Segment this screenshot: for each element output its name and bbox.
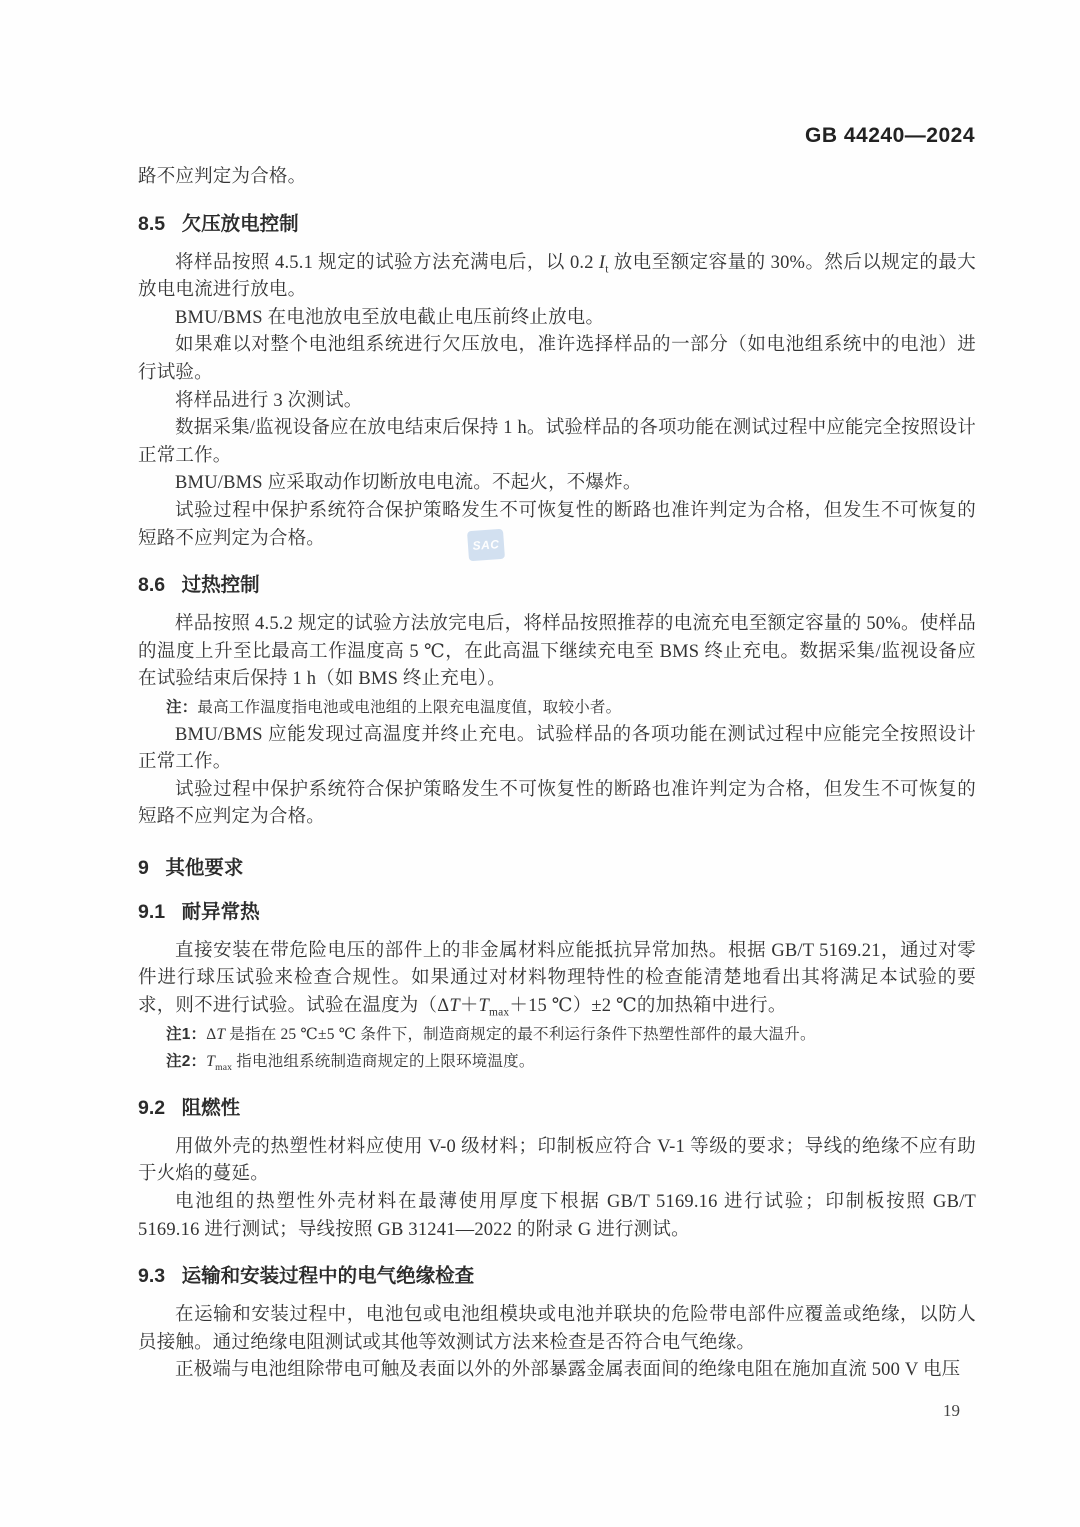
paragraph: 样品按照 4.5.2 规定的试验方法放完电后，将样品按照推荐的电流充电至额定容量… — [138, 611, 976, 694]
note-label: 注1： — [166, 1026, 206, 1043]
section-title: 运输和安装过程中的电气绝缘检查 — [182, 1265, 475, 1287]
section-number: 9.1 — [138, 901, 165, 923]
variable-Tmax: T — [206, 1053, 215, 1070]
paragraph: BMU/BMS 应能发现过高温度并终止充电。试验样品的各项功能在测试过程中应能完… — [138, 722, 976, 777]
subscript: max — [489, 1007, 509, 1019]
paragraph: 直接安装在带危险电压的部件上的非金属材料应能抵抗异常加热。根据 GB/T 516… — [138, 938, 976, 1021]
paragraph: 如果难以对整个电池组系统进行欠压放电，准许选择样品的一部分（如电池组系统中的电池… — [138, 332, 976, 387]
paragraph: 试验过程中保护系统符合保护策略发生不可恢复性的断路也准许判定为合格，但发生不可恢… — [138, 777, 976, 832]
document-page: GB 44240—2024 SAC 路不应判定为合格。 8.5欠压放电控制 将样… — [0, 0, 1080, 1527]
variable-T: T — [216, 1026, 225, 1043]
section-number: 9.2 — [138, 1097, 165, 1119]
paragraph-continuation: 路不应判定为合格。 — [138, 164, 976, 192]
section-title: 过热控制 — [182, 574, 260, 596]
section-heading-8-5: 8.5欠压放电控制 — [138, 212, 976, 236]
paragraph: 在运输和安装过程中，电池包或电池组模块或电池并联块的危险带电部件应覆盖或绝缘，以… — [138, 1302, 976, 1357]
page-content: 路不应判定为合格。 8.5欠压放电控制 将样品按照 4.5.1 规定的试验方法充… — [138, 164, 976, 1385]
page-number: 19 — [943, 1401, 960, 1421]
note-text: 是指在 25 ℃±5 ℃ 条件下，制造商规定的最不利运行条件下热塑性部件的最大温… — [225, 1026, 815, 1043]
note-label: 注2： — [166, 1053, 206, 1070]
paragraph: 正极端与电池组除带电可触及表面以外的外部暴露金属表面间的绝缘电阻在施加直流 50… — [138, 1357, 976, 1385]
note-text: 指电池组系统制造商规定的上限环境温度。 — [232, 1053, 534, 1070]
text-run: ＋15 ℃）±2 ℃的加热箱中进行。 — [509, 996, 786, 1016]
variable-Tmax: T — [479, 996, 490, 1016]
note-label: 注： — [166, 699, 197, 716]
section-title: 欠压放电控制 — [182, 213, 299, 235]
section-heading-8-6: 8.6过热控制 — [138, 573, 976, 597]
chapter-heading-9: 9其他要求 — [138, 856, 976, 880]
standard-number-header: GB 44240—2024 — [805, 124, 975, 148]
section-number: 8.5 — [138, 213, 165, 235]
text-run: 将样品按照 4.5.1 规定的试验方法充满电后，以 0.2 — [175, 253, 599, 273]
paragraph: 将样品进行 3 次测试。 — [138, 388, 976, 416]
note-text: 最高工作温度指电池或电池组的上限充电温度值，取较小者。 — [197, 699, 621, 716]
section-number: 9.3 — [138, 1265, 165, 1287]
chapter-number: 9 — [138, 857, 149, 879]
paragraph: 试验过程中保护系统符合保护策略发生不可恢复性的断路也准许判定为合格，但发生不可恢… — [138, 498, 976, 553]
chapter-title: 其他要求 — [165, 857, 243, 879]
note-2: 注2：Tmax 指电池组系统制造商规定的上限环境温度。 — [138, 1048, 976, 1076]
variable-deltaT: T — [449, 996, 460, 1016]
text-run: ＋ — [460, 996, 479, 1016]
section-heading-9-3: 9.3运输和安装过程中的电气绝缘检查 — [138, 1264, 976, 1288]
section-title: 阻燃性 — [182, 1097, 241, 1119]
section-number: 8.6 — [138, 574, 165, 596]
section-heading-9-1: 9.1耐异常热 — [138, 900, 976, 924]
paragraph: 数据采集/监视设备应在放电结束后保持 1 h。试验样品的各项功能在测试过程中应能… — [138, 415, 976, 470]
paragraph: BMU/BMS 应采取动作切断放电电流。不起火，不爆炸。 — [138, 470, 976, 498]
note-1: 注1：ΔT 是指在 25 ℃±5 ℃ 条件下，制造商规定的最不利运行条件下热塑性… — [138, 1021, 976, 1049]
paragraph: 将样品按照 4.5.1 规定的试验方法充满电后，以 0.2 It 放电至额定容量… — [138, 250, 976, 305]
paragraph: 电池组的热塑性外壳材料在最薄使用厚度下根据 GB/T 5169.16 进行试验；… — [138, 1189, 976, 1244]
paragraph: BMU/BMS 在电池放电至放电截止电压前终止放电。 — [138, 305, 976, 333]
section-title: 耐异常热 — [182, 901, 260, 923]
paragraph: 用做外壳的热塑性材料应使用 V-0 级材料；印制板应符合 V-1 等级的要求；导… — [138, 1134, 976, 1189]
subscript: max — [215, 1062, 232, 1073]
text-run: Δ — [206, 1026, 216, 1043]
section-heading-9-2: 9.2阻燃性 — [138, 1096, 976, 1120]
note: 注：最高工作温度指电池或电池组的上限充电温度值，取较小者。 — [138, 694, 976, 722]
